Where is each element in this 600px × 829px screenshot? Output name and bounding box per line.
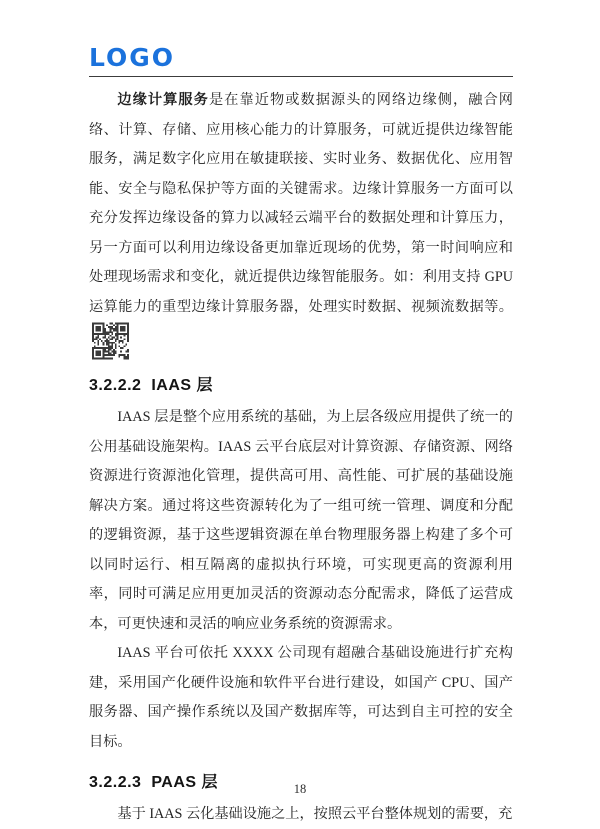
- heading-iaas-layer: 3.2.2.2 IAAS 层: [89, 372, 513, 399]
- document-page: LOGO 边缘计算服务是在靠近物或数据源头的网络边缘侧，融合网络、计算、存储、应…: [0, 0, 600, 829]
- paragraph-paas-intro: 基于 IAAS 云化基础设施之上，按照云平台整体规划的需要，充: [89, 800, 513, 829]
- document-body: 边缘计算服务是在靠近物或数据源头的网络边缘侧，融合网络、计算、存储、应用核心能力…: [89, 86, 513, 829]
- paragraph-lead-bold: 边缘计算服务: [117, 92, 209, 108]
- page-header: LOGO: [89, 44, 513, 77]
- paragraph-iaas-domestic: IAAS 平台可依托 XXXX 公司现有超融合基础设施进行扩充构建，采用国产化硬…: [89, 639, 513, 757]
- paragraph-edge-computing: 边缘计算服务是在靠近物或数据源头的网络边缘侧，融合网络、计算、存储、应用核心能力…: [89, 86, 513, 360]
- company-logo: LOGO: [89, 44, 513, 71]
- paragraph-edge-computing-text: 是在靠近物或数据源头的网络边缘侧，融合网络、计算、存储、应用核心能力的计算服务，…: [89, 92, 513, 315]
- paragraph-iaas-overview: IAAS 层是整个应用系统的基础，为上层各级应用提供了统一的公用基础设施架构。I…: [89, 403, 513, 639]
- page-number: 18: [0, 782, 600, 797]
- qr-code-image: [92, 322, 129, 360]
- header-divider-line: [89, 76, 513, 77]
